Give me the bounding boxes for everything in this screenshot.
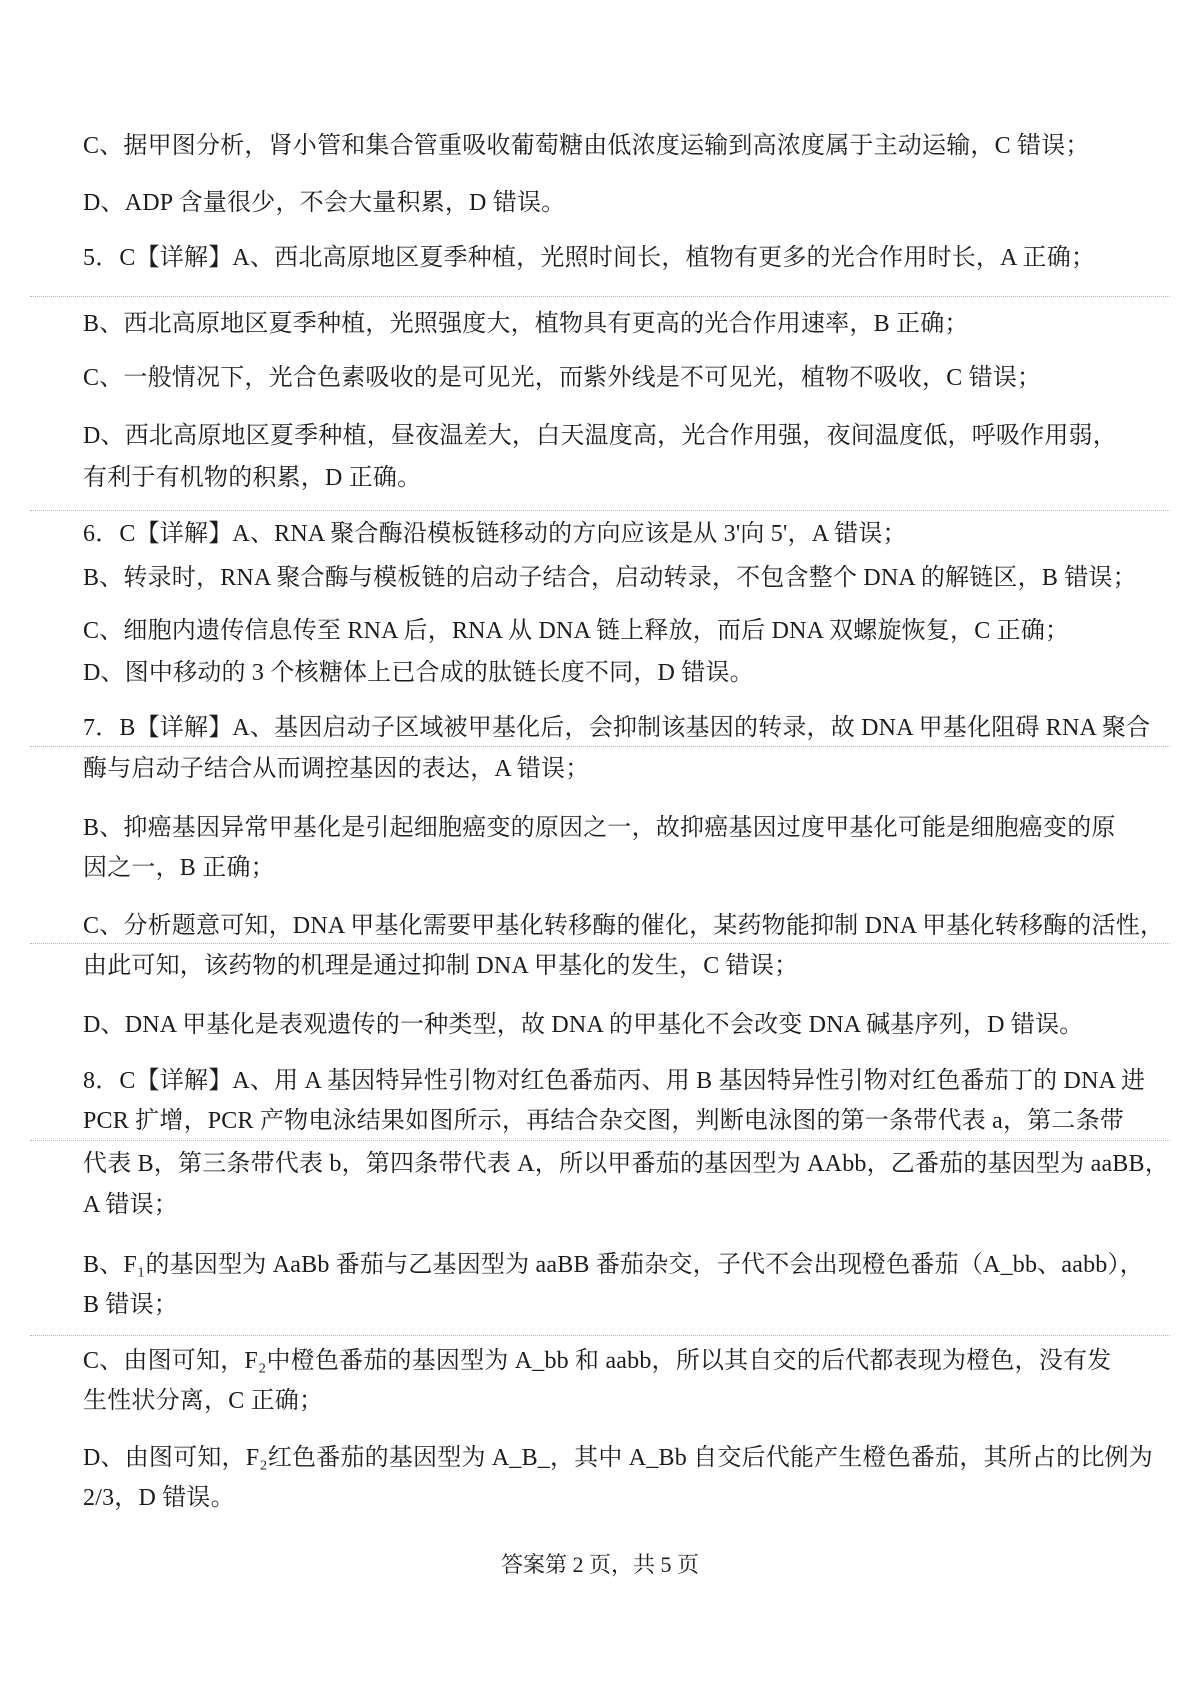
doc-line: 有利于有机物的积累，D 正确。 <box>83 462 1143 494</box>
doc-line: 6．C【详解】A、RNA 聚合酶沿模板链移动的方向应该是从 3'向 5'，A 错… <box>83 518 1143 550</box>
doc-line: 2/3，D 错误。 <box>83 1482 1143 1514</box>
dotted-separator <box>30 943 1170 944</box>
doc-line: 8．C【详解】A、用 A 基因特异性引物对红色番茄丙、用 B 基因特异性引物对红… <box>83 1065 1143 1097</box>
doc-line: D、图中移动的 3 个核糖体上已合成的肽链长度不同，D 错误。 <box>83 657 1143 689</box>
answer-sheet-page: C、据甲图分析，肾小管和集合管重吸收葡萄糖由低浓度运输到高浓度属于主动运输，C … <box>0 0 1200 1698</box>
doc-line: 酶与启动子结合从而调控基因的表达，A 错误； <box>83 753 1143 785</box>
doc-line: C、细胞内遗传信息传至 RNA 后，RNA 从 DNA 链上释放，而后 DNA … <box>83 615 1143 647</box>
doc-line: B、转录时，RNA 聚合酶与模板链的启动子结合，启动转录，不包含整个 DNA 的… <box>83 562 1143 594</box>
doc-line: C、一般情况下，光合色素吸收的是可见光，而紫外线是不可见光，植物不吸收，C 错误… <box>83 362 1143 394</box>
doc-line: C、据甲图分析，肾小管和集合管重吸收葡萄糖由低浓度运输到高浓度属于主动运输，C … <box>83 130 1143 162</box>
doc-line: B、抑癌基因异常甲基化是引起细胞癌变的原因之一，故抑癌基因过度甲基化可能是细胞癌… <box>83 812 1143 844</box>
doc-line: B 错误； <box>83 1289 1143 1321</box>
doc-line: 由此可知，该药物的机理是通过抑制 DNA 甲基化的发生，C 错误； <box>83 950 1143 982</box>
dotted-separator <box>30 296 1170 297</box>
doc-line: A 错误； <box>83 1189 1143 1221</box>
dotted-separator <box>30 510 1170 511</box>
doc-line: 7．B【详解】A、基因启动子区域被甲基化后，会抑制该基因的转录，故 DNA 甲基… <box>83 712 1143 744</box>
doc-line: 代表 B，第三条带代表 b，第四条带代表 A，所以甲番茄的基因型为 AAbb，乙… <box>83 1148 1143 1180</box>
doc-line: PCR 扩增，PCR 产物电泳结果如图所示，再结合杂交图，判断电泳图的第一条带代… <box>83 1105 1143 1137</box>
doc-line: B、西北高原地区夏季种植，光照强度大，植物具有更高的光合作用速率，B 正确； <box>83 308 1143 340</box>
dotted-separator <box>30 746 1170 747</box>
doc-line: 5．C【详解】A、西北高原地区夏季种植，光照时间长，植物有更多的光合作用时长，A… <box>83 242 1143 274</box>
doc-line: D、西北高原地区夏季种植，昼夜温差大，白天温度高，光合作用强，夜间温度低，呼吸作… <box>83 420 1143 452</box>
doc-line: 生性状分离，C 正确； <box>83 1385 1143 1417</box>
page-footer: 答案第 2 页，共 5 页 <box>0 1550 1200 1580</box>
doc-line: C、分析题意可知，DNA 甲基化需要甲基化转移酶的催化，某药物能抑制 DNA 甲… <box>83 910 1143 942</box>
doc-line: D、ADP 含量很少，不会大量积累，D 错误。 <box>83 187 1143 219</box>
dotted-separator <box>30 1335 1170 1336</box>
dotted-separator <box>30 1140 1170 1141</box>
doc-line: D、DNA 甲基化是表观遗传的一种类型，故 DNA 的甲基化不会改变 DNA 碱… <box>83 1009 1143 1041</box>
doc-line: 因之一，B 正确； <box>83 852 1143 884</box>
doc-line: C、由图可知，F₂中橙色番茄的基因型为 A_bb 和 aabb，所以其自交的后代… <box>83 1345 1143 1377</box>
doc-line: B、F₁的基因型为 AaBb 番茄与乙基因型为 aaBB 番茄杂交，子代不会出现… <box>83 1249 1143 1281</box>
doc-line: D、由图可知，F₂红色番茄的基因型为 A_B_，其中 A_Bb 自交后代能产生橙… <box>83 1442 1143 1474</box>
